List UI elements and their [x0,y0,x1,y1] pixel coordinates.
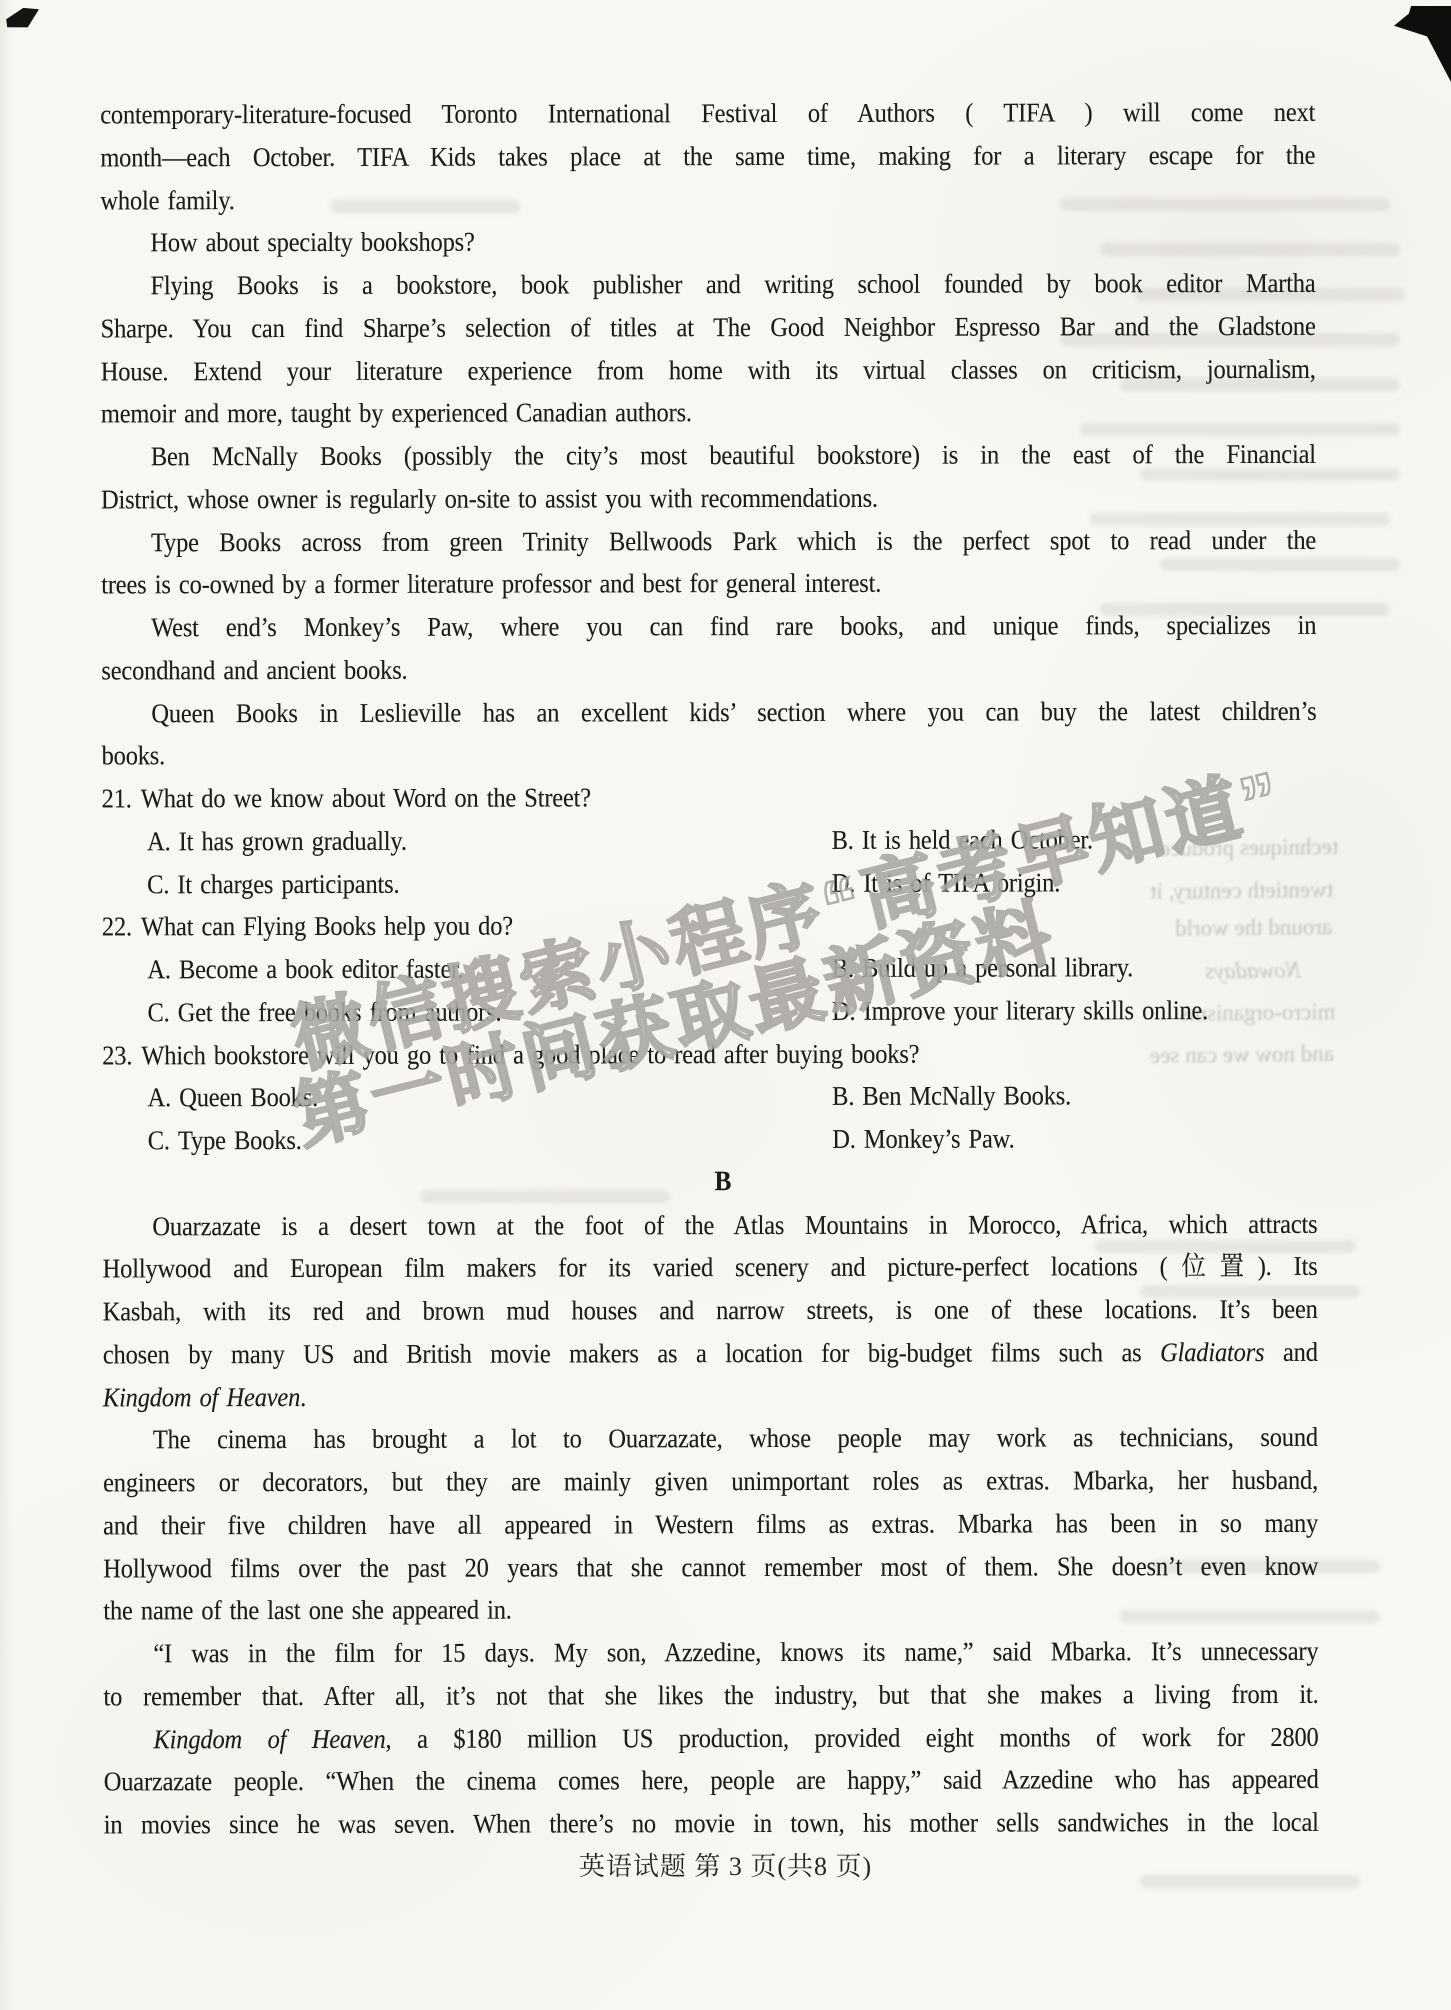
text-line: The cinema has brought a lot to Ouarzaza… [103,1416,1318,1461]
text-line: Hollywood films over the past 20 years t… [103,1544,1318,1589]
text-segment: Queen Books in Leslieville has an excell… [151,695,1316,727]
text-segment: Type Books across from green Trinity Bel… [151,524,1316,556]
option-d: D.Improve your literary skills online. [832,989,1317,1033]
question-stem: 23.Which bookstore will you go to find a… [102,1031,1317,1076]
option-text: Monkey’s Paw. [864,1123,1015,1153]
option-b: B.Ben McNally Books. [832,1074,1317,1118]
text-line: contemporary-literature-focused Toronto … [100,91,1315,136]
text-segment: Flying Books is a bookstore, book publis… [150,268,1315,300]
text-line: Flying Books is a bookstore, book publis… [101,262,1316,307]
option-label: B. [832,1081,854,1111]
text-segment: secondhand and ancient books. [101,655,407,686]
question-number: 21. [102,783,132,813]
text-line: the name of the last one she appeared in… [103,1587,1318,1632]
text-segment: , a $180 million US production, provided… [385,1721,1318,1753]
scan-mark-top-left [5,6,41,31]
option-label: C. [147,997,169,1027]
text-line: Ben McNally Books (possibly the city’s m… [101,433,1316,478]
scan-mark-top-right [1394,6,1451,82]
option-label: D. [832,867,856,897]
option-text: Type Books. [178,1125,302,1155]
text-line: How about specialty bookshops? [100,219,1315,264]
text-segment: and their five children have all appeare… [103,1508,1318,1541]
option-a: A.It has grown gradually. [102,819,832,863]
exam-text-flow: contemporary-literature-focused Toronto … [100,91,1444,1847]
option-text: Get the free books from authors. [178,996,502,1027]
option-label: A. [148,1083,172,1113]
option-b: B.It is held each October. [832,818,1317,862]
option-label: C. [148,1125,170,1155]
text-segment: How about specialty bookshops? [150,227,474,258]
text-segment: chosen by many US and British movie make… [103,1337,1160,1369]
text-line: chosen by many US and British movie make… [103,1331,1318,1376]
option-row: A.Become a book editor faster.B.Build up… [102,946,1317,991]
section-label: B [714,1166,731,1197]
text-segment: the name of the last one she appeared in… [103,1595,511,1626]
text-segment: in movies since he was seven. When there… [104,1807,1319,1840]
text-segment: Sharpe. You can find Sharpe’s selection … [101,311,1316,344]
text-segment: Gladiators [1160,1337,1264,1367]
text-segment: Hollywood and European film makers for i… [103,1251,1318,1284]
option-text: It has grown gradually. [179,826,407,856]
text-line: trees is co-owned by a former literature… [101,561,1316,606]
page-footer: 英语试题 第 3 页(共8 页) [0,1846,1451,1883]
option-text: Queen Books. [179,1082,318,1112]
text-line: to remember that. After all, it’s not th… [103,1673,1318,1718]
text-line: Sharpe. You can find Sharpe’s selection … [101,305,1316,350]
text-line: engineers or decorators, but they are ma… [103,1459,1318,1504]
option-row: A.Queen Books.B.Ben McNally Books. [102,1074,1317,1119]
text-segment: whole family. [100,185,234,215]
option-row: C.Get the free books from authors.D.Impr… [102,989,1317,1034]
question-number: 23. [102,1040,132,1070]
text-segment: The cinema has brought a lot to Ouarzaza… [153,1422,1318,1454]
option-d: D.It is of TIFA origin. [832,860,1317,904]
text-line: memoir and more, taught by experienced C… [101,390,1316,435]
option-text: Build up a personal library. [862,952,1133,983]
text-line: West end’s Monkey’s Paw, where you can f… [101,604,1316,649]
option-c: C.Get the free books from authors. [102,990,832,1034]
text-line: Kingdom of Heaven. [103,1373,1318,1418]
option-a: A.Queen Books. [102,1075,832,1119]
option-c: C.It charges participants. [102,861,832,905]
text-segment: Kasbah, with its red and brown mud house… [103,1294,1318,1327]
option-text: It charges participants. [177,868,399,898]
text-line: Kingdom of Heaven, a $180 million US pro… [104,1715,1319,1760]
option-text: Improve your literary skills online. [864,995,1209,1026]
text-segment: Hollywood films over the past 20 years t… [103,1550,1318,1583]
text-line: whole family. [100,176,1315,221]
text-segment: “I was in the film for 15 days. My son, … [153,1636,1318,1668]
section-heading: B [102,1160,1317,1205]
text-segment: and [1264,1337,1317,1367]
text-segment: engineers or decorators, but they are ma… [103,1465,1318,1498]
question-text: What do we know about Word on the Street… [141,782,591,813]
option-a: A.Become a book editor faster. [102,947,832,991]
text-segment: contemporary-literature-focused Toronto … [100,97,1315,130]
text-segment: Kingdom of Heaven [153,1723,385,1753]
question-stem: 21.What do we know about Word on the Str… [102,775,1317,820]
text-segment: books. [102,741,166,771]
option-label: A. [147,826,171,856]
option-text: It is of TIFA origin. [863,867,1060,897]
option-label: A. [147,954,171,984]
option-row: A.It has grown gradually.B.It is held ea… [102,818,1317,863]
text-line: District, whose owner is regularly on-si… [101,476,1316,521]
text-segment: memoir and more, taught by experienced C… [101,397,692,428]
text-line: books. [102,732,1317,777]
text-segment: Ouarzazate people. “When the cinema come… [104,1764,1319,1797]
text-segment: Ouarzazate is a desert town at the foot … [152,1208,1317,1240]
text-line: House. Extend your literature experience… [101,347,1316,392]
option-label: B. [832,825,854,855]
option-text: Ben McNally Books. [862,1081,1071,1111]
option-c: C.Type Books. [102,1118,832,1162]
question-text: What can Flying Books help you do? [141,911,513,942]
text-segment: . [300,1381,306,1411]
text-line: Type Books across from green Trinity Bel… [101,518,1316,563]
text-segment: West end’s Monkey’s Paw, where you can f… [151,610,1316,642]
scanned-exam-page: { "page": { "colors": { "background": "#… [0,0,1451,2010]
text-line: “I was in the film for 15 days. My son, … [103,1630,1318,1675]
text-line: Queen Books in Leslieville has an excell… [101,689,1316,734]
text-segment: month—each October. TIFA Kids takes plac… [100,140,1315,173]
option-row: C.It charges participants.D.It is of TIF… [102,860,1317,905]
text-line: Kasbah, with its red and brown mud house… [103,1288,1318,1333]
option-label: D. [832,1124,856,1154]
option-d: D.Monkey’s Paw. [832,1117,1317,1161]
text-segment: District, whose owner is regularly on-si… [101,483,878,515]
question-number: 22. [102,912,132,942]
text-line: Ouarzazate people. “When the cinema come… [104,1758,1319,1803]
text-line: Ouarzazate is a desert town at the foot … [102,1202,1317,1247]
text-segment: trees is co-owned by a former literature… [101,568,881,600]
option-text: It is held each October. [862,824,1093,854]
option-label: C. [147,869,169,899]
option-b: B.Build up a personal library. [832,946,1317,990]
text-segment: Ben McNally Books (possibly the city’s m… [151,439,1316,471]
question-stem: 22.What can Flying Books help you do? [102,903,1317,948]
option-label: B. [832,953,854,983]
text-line: secondhand and ancient books. [101,647,1316,692]
option-text: Become a book editor faster. [179,954,464,985]
text-segment: Kingdom of Heaven [103,1381,300,1411]
text-line: Hollywood and European film makers for i… [103,1245,1318,1290]
text-line: in movies since he was seven. When there… [104,1801,1319,1846]
text-line: and their five children have all appeare… [103,1502,1318,1547]
text-segment: to remember that. After all, it’s not th… [103,1679,1318,1712]
option-row: C.Type Books.D.Monkey’s Paw. [102,1117,1317,1162]
text-segment: House. Extend your literature experience… [101,353,1316,386]
option-label: D. [832,996,856,1026]
text-line: month—each October. TIFA Kids takes plac… [100,134,1315,179]
question-text: Which bookstore will you go to find a go… [141,1038,919,1070]
